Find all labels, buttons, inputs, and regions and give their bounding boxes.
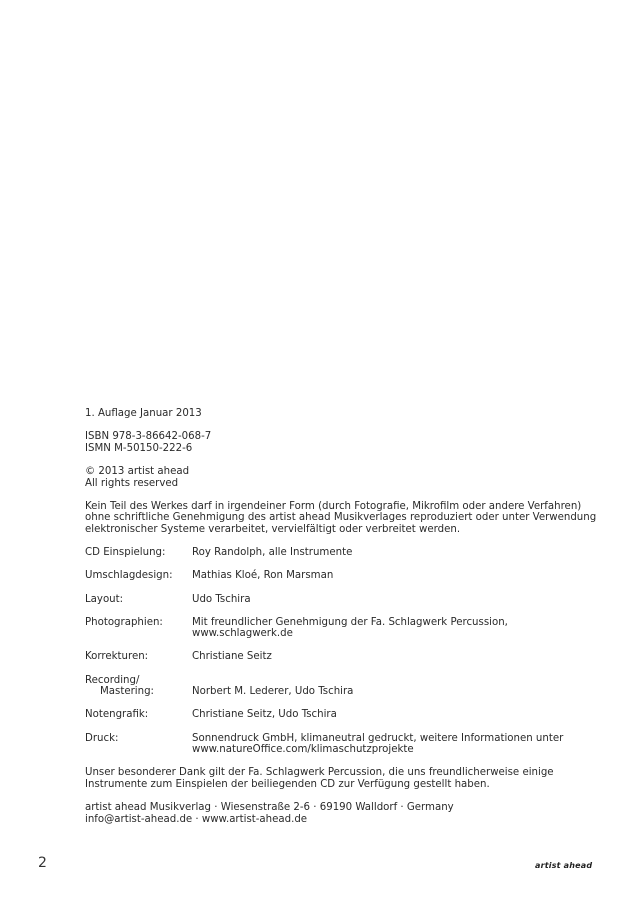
thanks-line: Unser besonderer Dank gilt der Fa. Schla… bbox=[85, 767, 605, 779]
credit-row: CD Einspielung: Roy Randolph, alle Instr… bbox=[85, 547, 605, 559]
credit-value: Udo Tschira bbox=[192, 594, 605, 606]
edition-block: 1. Auflage Januar 2013 bbox=[85, 408, 605, 420]
credit-row: Korrekturen: Christiane Seitz bbox=[85, 651, 605, 663]
credit-value-text: Norbert M. Lederer, Udo Tschira bbox=[192, 686, 353, 697]
credit-value-line: www.natureOffice.com/klimaschutzprojekte bbox=[192, 744, 414, 755]
thanks-line: Instrumente zum Einspielen der beiliegen… bbox=[85, 779, 605, 791]
credit-row: Photographien: Mit freundlicher Genehmig… bbox=[85, 617, 605, 640]
credit-label: Druck: bbox=[85, 733, 192, 756]
credit-label-line: Mastering: bbox=[85, 686, 154, 697]
credit-row: Druck: Sonnendruck GmbH, klimaneutral ge… bbox=[85, 733, 605, 756]
copyright-block: © 2013 artist ahead All rights reserved bbox=[85, 466, 605, 489]
credit-label: Photographien: bbox=[85, 617, 192, 640]
edition: 1. Auflage Januar 2013 bbox=[85, 408, 605, 420]
credit-value: Mathias Kloé, Ron Marsman bbox=[192, 570, 605, 582]
credit-value: Sonnendruck GmbH, klimaneutral gedruckt,… bbox=[192, 733, 605, 756]
credit-value: Christiane Seitz bbox=[192, 651, 605, 663]
credit-value: Norbert M. Lederer, Udo Tschira bbox=[192, 675, 605, 698]
credit-label: Layout: bbox=[85, 594, 192, 606]
credit-label: CD Einspielung: bbox=[85, 547, 192, 559]
credit-label-line: Recording/ bbox=[85, 675, 139, 686]
address-line: artist ahead Musikverlag · Wiesenstraße … bbox=[85, 802, 605, 814]
legal-notice: Kein Teil des Werkes darf in irgendeiner… bbox=[85, 501, 605, 536]
ismn: ISMN M-50150-222-6 bbox=[85, 443, 605, 455]
thanks-block: Unser besonderer Dank gilt der Fa. Schla… bbox=[85, 767, 605, 790]
imprint: 1. Auflage Januar 2013 ISBN 978-3-86642-… bbox=[85, 408, 605, 837]
contact-line: info@artist-ahead.de · www.artist-ahead.… bbox=[85, 814, 605, 826]
copyright: © 2013 artist ahead bbox=[85, 466, 605, 478]
legal-line: Kein Teil des Werkes darf in irgendeiner… bbox=[85, 501, 605, 513]
isbn: ISBN 978-3-86642-068-7 bbox=[85, 431, 605, 443]
identifiers-block: ISBN 978-3-86642-068-7 ISMN M-50150-222-… bbox=[85, 431, 605, 454]
credit-value: Roy Randolph, alle Instrumente bbox=[192, 547, 605, 559]
credit-label: Umschlagdesign: bbox=[85, 570, 192, 582]
credit-label: Recording/ Mastering: bbox=[85, 675, 192, 698]
credit-row: Notengrafik: Christiane Seitz, Udo Tschi… bbox=[85, 709, 605, 721]
publisher-logo: artist ahead bbox=[535, 861, 592, 870]
credit-value-line: Sonnendruck GmbH, klimaneutral gedruckt,… bbox=[192, 733, 563, 744]
page-number: 2 bbox=[38, 855, 47, 871]
credit-row: Umschlagdesign: Mathias Kloé, Ron Marsma… bbox=[85, 570, 605, 582]
credit-value: Christiane Seitz, Udo Tschira bbox=[192, 709, 605, 721]
rights: All rights reserved bbox=[85, 478, 605, 490]
legal-line: ohne schriftliche Genehmigung des artist… bbox=[85, 512, 605, 524]
credit-row: Recording/ Mastering: Norbert M. Lederer… bbox=[85, 675, 605, 698]
legal-line: elektronischer Systeme verarbeitet, verv… bbox=[85, 524, 605, 536]
credit-value: Mit freundlicher Genehmigung der Fa. Sch… bbox=[192, 617, 605, 640]
credit-label: Korrekturen: bbox=[85, 651, 192, 663]
credit-row: Layout: Udo Tschira bbox=[85, 594, 605, 606]
address-block: artist ahead Musikverlag · Wiesenstraße … bbox=[85, 802, 605, 825]
credit-label: Notengrafik: bbox=[85, 709, 192, 721]
